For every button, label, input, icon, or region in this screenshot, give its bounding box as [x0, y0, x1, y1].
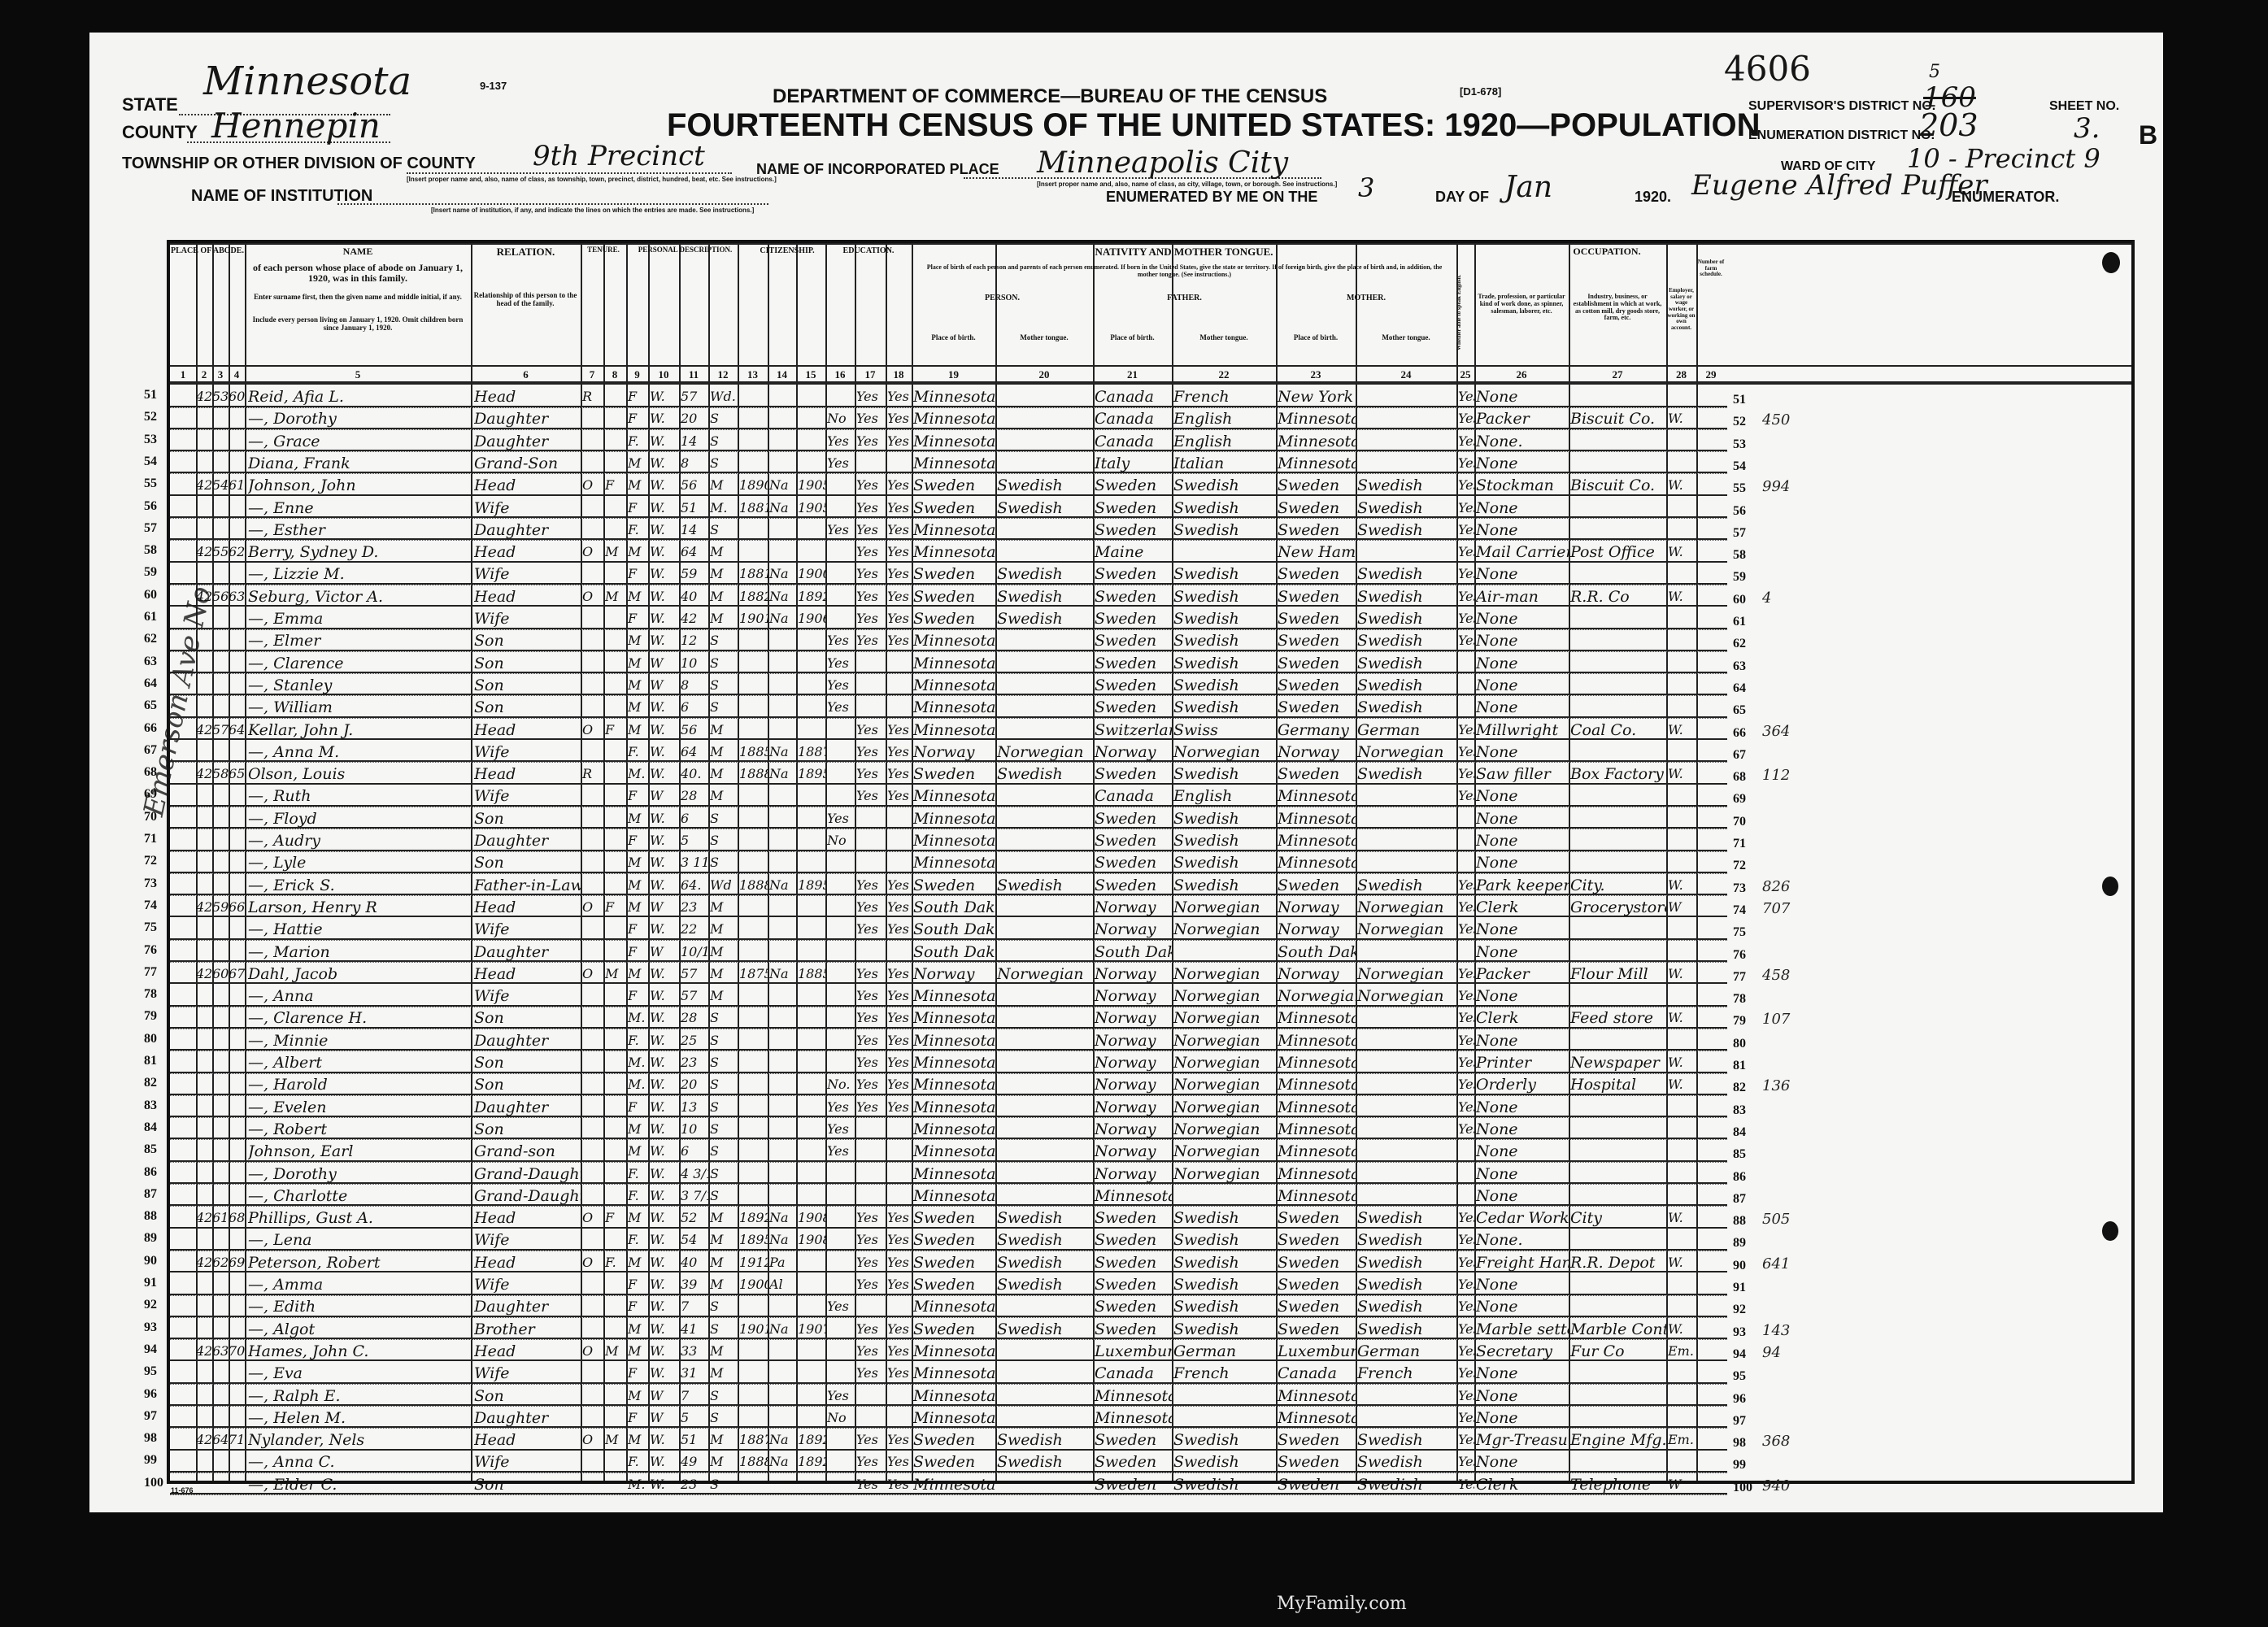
cell-immig: 1901	[739, 607, 768, 629]
table-row: 42446471Nylander, NelsHeadOMMW.51M1887Na…	[170, 1428, 1727, 1451]
cell-english	[1458, 940, 1474, 963]
cell-house	[196, 1139, 212, 1162]
cell-family: 63	[229, 585, 245, 607]
cell-industry: City.	[1570, 873, 1666, 896]
cell-fpob: Sweden	[1095, 762, 1172, 785]
cell-house	[196, 784, 212, 807]
cell-pob: Sweden	[913, 1272, 995, 1295]
cell-natyr: 1892	[798, 585, 825, 607]
cell-tongue	[997, 718, 1093, 741]
cell-relation: Daughter	[474, 518, 581, 541]
cell-mpob: Minnesota	[1278, 1162, 1356, 1185]
subgroup-father: FATHER.	[1093, 294, 1276, 302]
cell-write: Yes	[887, 1272, 912, 1295]
cell-nat	[769, 718, 796, 741]
cell-name: —, Grace	[248, 429, 471, 452]
cell-immig	[739, 1072, 768, 1095]
cell-race: W.	[650, 1294, 679, 1317]
cell-marital: S	[710, 1095, 738, 1118]
cell-relation: Wife	[474, 1450, 581, 1473]
cell-ftongue: Norwegian	[1173, 917, 1276, 940]
table-row: 42375360Reid, Afia L.HeadRFW.57Wd.YesYes…	[170, 385, 1727, 408]
cell-write	[887, 1139, 912, 1162]
cell-mpob: Sweden	[1278, 873, 1356, 896]
cell-english: Yes	[1458, 962, 1474, 985]
cell-read	[856, 1406, 886, 1429]
cell-age: 10	[681, 1117, 708, 1140]
cell-name: —, Anna	[248, 984, 471, 1007]
cell-age: 25	[681, 1029, 708, 1051]
cell-relation: Wife	[474, 607, 581, 629]
cell-nat: Na	[769, 962, 796, 985]
line-number: 74	[144, 898, 157, 913]
cell-tongue	[997, 518, 1093, 541]
col-number: 8	[603, 368, 626, 381]
cell-family	[229, 740, 245, 763]
cell-trade: None	[1476, 1406, 1569, 1429]
cell-marital: M	[710, 1272, 738, 1295]
cell-tongue: Swedish	[997, 762, 1093, 785]
cell-house	[196, 562, 212, 585]
cell-industry: Telephone	[1570, 1473, 1666, 1495]
line-number: 88	[144, 1209, 157, 1224]
person-place-of-birth: Place of birth.	[912, 334, 995, 342]
cell-write	[887, 451, 912, 474]
line-number: 72	[144, 854, 157, 868]
cell-dwelling: 53	[212, 385, 229, 407]
enumerated-label: ENUMERATED BY ME ON THE	[1106, 189, 1317, 206]
cell-relation: Grand-Son	[474, 451, 581, 474]
cell-trade: Freight Handler	[1476, 1251, 1569, 1273]
cell-mtongue: Swedish	[1357, 496, 1456, 519]
cell-age: 28	[681, 784, 708, 807]
cell-race: W.	[650, 718, 679, 741]
cell-tongue: Norwegian	[997, 740, 1093, 763]
cell-immig	[739, 1162, 768, 1185]
cell-tongue: Norwegian	[997, 962, 1093, 985]
col-number: 23	[1276, 368, 1356, 381]
cell-natyr	[798, 807, 825, 829]
cell-natyr	[798, 1294, 825, 1317]
cell-natyr: 1905	[798, 473, 825, 496]
cell-mtongue: Swedish	[1357, 473, 1456, 496]
cell-school	[827, 784, 855, 807]
cell-employer	[1668, 1450, 1696, 1473]
col-number: 11	[679, 368, 708, 381]
cell-pob: Minnesota	[913, 518, 995, 541]
cell-nat	[769, 1117, 796, 1140]
line-number: 92	[144, 1298, 157, 1312]
line-number-right: 62	[1733, 637, 1746, 651]
col-number: 16	[825, 368, 855, 381]
punch-hole-icon	[2102, 252, 2120, 273]
cell-mtongue	[1357, 1184, 1456, 1207]
cell-natyr: 1892	[798, 1428, 825, 1451]
cell-employer: W.	[1668, 585, 1696, 607]
line-number: 100	[144, 1476, 163, 1490]
cell-mpob: Canada	[1278, 1361, 1356, 1384]
cell-nat: Na	[769, 473, 796, 496]
cell-school	[827, 1184, 855, 1207]
cell-relation: Head	[474, 585, 581, 607]
cell-pob: Minnesota	[913, 673, 995, 696]
col-number: 17	[855, 368, 886, 381]
cell-mortgage	[605, 984, 626, 1007]
cell-family	[229, 518, 245, 541]
cell-write: Yes	[887, 1361, 912, 1384]
cell-mortgage: M	[605, 962, 626, 985]
cell-race: W.	[650, 829, 679, 851]
cell-read: Yes	[856, 1206, 886, 1229]
cell-mtongue: German	[1357, 1339, 1456, 1362]
cell-mpob: Sweden	[1278, 1251, 1356, 1273]
cell-pob: Minnesota	[913, 1051, 995, 1073]
cell-age: 64	[681, 740, 708, 763]
cell-english: Yes	[1458, 1029, 1474, 1051]
cell-mtongue: Swedish	[1357, 1228, 1456, 1251]
cell-mtongue: French	[1357, 1361, 1456, 1384]
sheet-no: 3.	[2074, 112, 2100, 145]
cell-sex: M	[628, 1384, 648, 1407]
cell-age: 3 7/12	[681, 1184, 708, 1207]
cell-school	[827, 718, 855, 741]
cell-immig	[739, 940, 768, 963]
cell-dwelling	[212, 1294, 229, 1317]
cell-relation: Son	[474, 850, 581, 873]
margin-code: 826	[1762, 878, 1790, 895]
cell-fpob: Norway	[1095, 1006, 1172, 1029]
cell-ftongue: Norwegian	[1173, 1029, 1276, 1051]
cell-trade: None	[1476, 1029, 1569, 1051]
cell-write	[887, 940, 912, 963]
cell-pob: Sweden	[913, 1228, 995, 1251]
cell-english: Yes	[1458, 607, 1474, 629]
cell-sex: F	[628, 1294, 648, 1317]
cell-family	[229, 1384, 245, 1407]
table-row: Johnson, EarlGrand-sonMW.6SYesMinnesotaN…	[170, 1139, 1727, 1163]
cell-house	[196, 429, 212, 452]
cell-industry: R.R. Depot	[1570, 1251, 1666, 1273]
cell-read	[856, 1384, 886, 1407]
cell-relation: Son	[474, 695, 581, 718]
cell-mtongue: Swedish	[1357, 1206, 1456, 1229]
cell-mpob: Minnesota	[1278, 1029, 1356, 1051]
cell-mpob: Minnesota	[1278, 1184, 1356, 1207]
cell-fpob: Norway	[1095, 1095, 1172, 1118]
cell-house	[196, 1272, 212, 1295]
margin-code: 368	[1762, 1433, 1790, 1450]
cell-dwelling	[212, 518, 229, 541]
cell-nat	[769, 518, 796, 541]
cell-write	[887, 850, 912, 873]
cell-sex: F	[628, 1406, 648, 1429]
cell-employer	[1668, 1029, 1696, 1051]
cell-write: Yes	[887, 1095, 912, 1118]
cell-relation: Wife	[474, 740, 581, 763]
cell-immig: 1888	[739, 873, 768, 896]
cell-mortgage	[605, 1294, 626, 1317]
cell-family	[229, 673, 245, 696]
cell-race: W.	[650, 1095, 679, 1118]
cell-mtongue: Swedish	[1357, 673, 1456, 696]
incorporated-note: [Insert proper name and, also, name of c…	[1037, 181, 1337, 188]
cell-write	[887, 1294, 912, 1317]
cell-family: 67	[229, 962, 245, 985]
cell-marital: S	[710, 1184, 738, 1207]
cell-name: Dahl, Jacob	[248, 962, 471, 985]
cell-english: Yes	[1458, 873, 1474, 896]
cell-mortgage: M	[605, 540, 626, 563]
cell-english: Yes	[1458, 1272, 1474, 1295]
cell-immig	[739, 407, 768, 429]
cell-sex: F	[628, 385, 648, 407]
cell-employer	[1668, 829, 1696, 851]
cell-dwelling	[212, 807, 229, 829]
cell-house	[196, 629, 212, 651]
cell-nat	[769, 651, 796, 674]
cell-owned	[582, 1473, 603, 1495]
cell-race: W.	[650, 585, 679, 607]
cell-owned: O	[582, 1428, 603, 1451]
cell-mpob: Minnesota	[1278, 451, 1356, 474]
cell-industry: R.R. Co	[1570, 585, 1666, 607]
cell-house	[196, 829, 212, 851]
cell-trade: None	[1476, 496, 1569, 519]
cell-marital: S	[710, 1317, 738, 1340]
cell-fpob: Maine	[1095, 540, 1172, 563]
line-number-right: 52	[1733, 415, 1746, 429]
cell-read: Yes	[856, 385, 886, 407]
cell-race: W.	[650, 1339, 679, 1362]
cell-house	[196, 807, 212, 829]
cell-write: Yes	[887, 718, 912, 741]
cell-english: Yes	[1458, 585, 1474, 607]
cell-relation: Daughter	[474, 1294, 581, 1317]
cell-immig: 1875	[739, 962, 768, 985]
cell-trade: None	[1476, 1384, 1569, 1407]
cell-read: Yes	[856, 762, 886, 785]
cell-fpob: Sweden	[1095, 1473, 1172, 1495]
cell-ftongue	[1173, 1184, 1276, 1207]
cell-age: 56	[681, 473, 708, 496]
line-number-right: 92	[1733, 1303, 1746, 1317]
cell-nat	[769, 1406, 796, 1429]
township-label: TOWNSHIP OR OTHER DIVISION OF COUNTY	[122, 154, 476, 173]
cell-natyr	[798, 1339, 825, 1362]
cell-english	[1458, 807, 1474, 829]
cell-tongue	[997, 1029, 1093, 1051]
line-number: 96	[144, 1387, 157, 1402]
cell-natyr	[798, 1406, 825, 1429]
cell-dwelling	[212, 1272, 229, 1295]
line-number: 52	[144, 410, 157, 424]
line-number: 91	[144, 1276, 157, 1290]
cell-read: Yes	[856, 1428, 886, 1451]
stamp-number: 4606	[1724, 49, 1811, 89]
table-row: 42195663Seburg, Victor A.HeadOMMW.40M188…	[170, 585, 1727, 607]
cell-ftongue: Norwegian	[1173, 1095, 1276, 1118]
cell-mtongue	[1357, 1384, 1456, 1407]
cell-age: 10	[681, 651, 708, 674]
cell-employer	[1668, 1384, 1696, 1407]
line-number-right: 66	[1733, 726, 1746, 741]
cell-english: Yes	[1458, 1095, 1474, 1118]
cell-read	[856, 651, 886, 674]
cell-industry	[1570, 1272, 1666, 1295]
cell-read: Yes	[856, 1450, 886, 1473]
cell-name: —, Ruth	[248, 784, 471, 807]
cell-dwelling: 60	[212, 962, 229, 985]
table-row: —, GraceDaughterF.W.14SYesYesYesMinnesot…	[170, 429, 1727, 453]
cell-race: W.	[650, 518, 679, 541]
cell-family	[229, 1117, 245, 1140]
table-row: —, MinnieDaughterF.W.25SYesYesMinnesotaN…	[170, 1029, 1727, 1052]
cell-immig	[739, 540, 768, 563]
cell-english: Yes	[1458, 629, 1474, 651]
cell-name: Olson, Louis	[248, 762, 471, 785]
cell-english	[1458, 1139, 1474, 1162]
cell-ftongue: English	[1173, 407, 1276, 429]
cell-nat	[769, 807, 796, 829]
cell-industry	[1570, 1406, 1666, 1429]
cell-sex: M	[628, 1139, 648, 1162]
cell-employer	[1668, 1139, 1696, 1162]
state-value: Minnesota	[203, 59, 411, 104]
cell-marital: S	[710, 695, 738, 718]
cell-nat: Na	[769, 607, 796, 629]
cell-nat	[769, 917, 796, 940]
table-row: —, FloydSonMW.6SYesMinnesotaSwedenSwedis…	[170, 807, 1727, 830]
line-number: 77	[144, 965, 157, 980]
cell-english: Yes	[1458, 1072, 1474, 1095]
cell-employer	[1668, 385, 1696, 407]
table-row: —, CharlotteGrand-DaughterF.W.3 7/12SMin…	[170, 1184, 1727, 1207]
cell-family	[229, 651, 245, 674]
cell-school	[827, 473, 855, 496]
cell-owned	[582, 940, 603, 963]
cell-immig: 1901	[739, 1317, 768, 1340]
cell-ftongue: Norwegian	[1173, 962, 1276, 985]
cell-natyr	[798, 1051, 825, 1073]
cell-race: W.	[650, 1473, 679, 1495]
cell-industry	[1570, 850, 1666, 873]
cell-fpob: Norway	[1095, 1051, 1172, 1073]
cell-mpob: Sweden	[1278, 562, 1356, 585]
cell-immig	[739, 1006, 768, 1029]
line-number: 53	[144, 433, 157, 447]
cell-english: Yes	[1458, 518, 1474, 541]
cell-owned	[582, 1139, 603, 1162]
cell-dwelling	[212, 695, 229, 718]
cell-owned	[582, 1184, 603, 1207]
cell-family: 69	[229, 1251, 245, 1273]
cell-immig: 1895	[739, 1228, 768, 1251]
cell-fpob: Sweden	[1095, 585, 1172, 607]
cell-mpob: Sweden	[1278, 1272, 1356, 1295]
cell-fpob: Sweden	[1095, 1294, 1172, 1317]
cell-school	[827, 1251, 855, 1273]
cell-family	[229, 940, 245, 963]
cell-marital: S	[710, 407, 738, 429]
cell-nat	[769, 784, 796, 807]
cell-tongue	[997, 540, 1093, 563]
cell-write	[887, 829, 912, 851]
cell-immig	[739, 1294, 768, 1317]
cell-ftongue: Swedish	[1173, 518, 1276, 541]
cell-marital: M	[710, 740, 738, 763]
cell-industry	[1570, 1162, 1666, 1185]
cell-english: Yes	[1458, 473, 1474, 496]
cell-employer	[1668, 673, 1696, 696]
cell-employer: W.	[1668, 540, 1696, 563]
cell-mpob: Sweden	[1278, 1294, 1356, 1317]
cell-name: —, Algot	[248, 1317, 471, 1340]
table-row: —, Clarence H.SonM.W.28SYesYesMinnesotaN…	[170, 1006, 1727, 1029]
table-row: —, MarionDaughterFW10/12MSouth DakotaSou…	[170, 940, 1727, 964]
cell-industry	[1570, 1184, 1666, 1207]
cell-trade: None	[1476, 850, 1569, 873]
cell-english: Yes	[1458, 1406, 1474, 1429]
cell-family	[229, 496, 245, 519]
cell-age: 6	[681, 1139, 708, 1162]
cell-family: 62	[229, 540, 245, 563]
cell-industry: Marble Contractor	[1570, 1317, 1666, 1340]
cell-mtongue: Norwegian	[1357, 917, 1456, 940]
cell-natyr	[798, 429, 825, 452]
cell-read	[856, 1117, 886, 1140]
margin-code: 707	[1762, 900, 1790, 917]
margin-code: 994	[1762, 478, 1790, 495]
cell-write: Yes	[887, 784, 912, 807]
cell-owned	[582, 917, 603, 940]
cell-employer	[1668, 1228, 1696, 1251]
cell-nat: Na	[769, 1206, 796, 1229]
cell-owned	[582, 562, 603, 585]
cell-pob: Minnesota	[913, 540, 995, 563]
cell-sex: M	[628, 1251, 648, 1273]
line-number: 95	[144, 1364, 157, 1379]
cell-relation: Head	[474, 718, 581, 741]
sheet-side: B	[2139, 120, 2157, 150]
cell-house: 4211	[196, 718, 212, 741]
cell-nat: Na	[769, 1450, 796, 1473]
cell-english: Yes	[1458, 1006, 1474, 1029]
cell-write: Yes	[887, 629, 912, 651]
cell-relation: Son	[474, 1117, 581, 1140]
cell-read	[856, 673, 886, 696]
cell-dwelling	[212, 651, 229, 674]
cell-industry	[1570, 1384, 1666, 1407]
table-row: 42335461Johnson, JohnHeadOFMW.56M1890Na1…	[170, 473, 1727, 496]
cell-industry: Box Factory	[1570, 762, 1666, 785]
line-number: 59	[144, 565, 157, 580]
table-row: —, DorothyDaughterFW.20SNoYesYesMinnesot…	[170, 407, 1727, 430]
cell-sex: M.	[628, 762, 648, 785]
cell-trade: None.	[1476, 429, 1569, 452]
cell-pob: Sweden	[913, 1206, 995, 1229]
cell-house	[196, 1095, 212, 1118]
cell-mortgage	[605, 1184, 626, 1207]
cell-mpob: Minnesota	[1278, 829, 1356, 851]
cell-sex: F	[628, 1361, 648, 1384]
cell-race: W.	[650, 962, 679, 985]
cell-house	[196, 917, 212, 940]
cell-dwelling	[212, 1162, 229, 1185]
cell-family	[229, 1272, 245, 1295]
cell-immig	[739, 917, 768, 940]
cell-trade: Clerk	[1476, 1473, 1569, 1495]
cell-house: 4218	[196, 1206, 212, 1229]
